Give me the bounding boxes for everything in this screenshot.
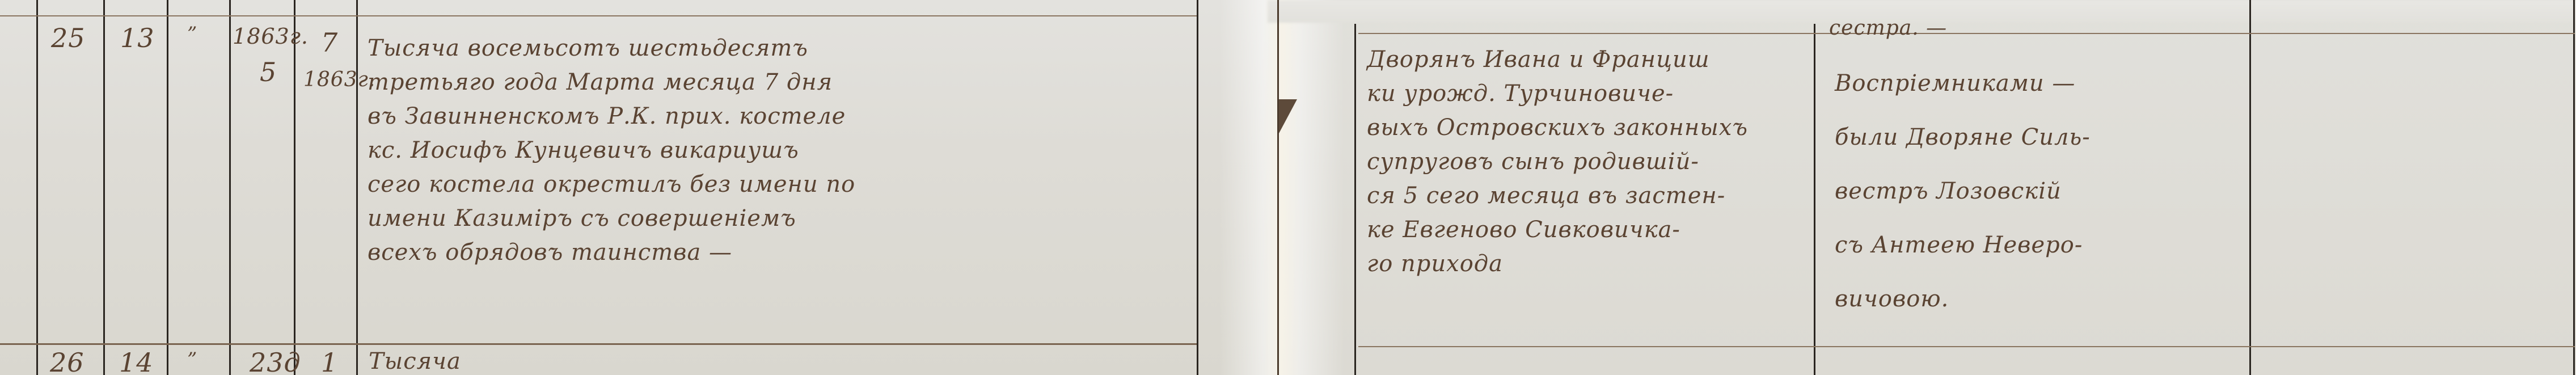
ditto-mark: ” — [187, 23, 197, 45]
record-line: въ Завинненскомъ Р.К. прих. костеле — [368, 99, 855, 133]
godparents-line: Воспріемниками — — [1835, 57, 2091, 111]
column-rule — [1354, 24, 1356, 375]
row-rule-top-right — [1358, 33, 2575, 34]
next-ditto-mark: ” — [187, 348, 197, 371]
parents-line: го прихода — [1367, 247, 1748, 269]
column-rule — [36, 0, 38, 375]
entry-number: 25 — [51, 23, 86, 53]
remarks-column-empty — [2254, 37, 2572, 343]
column-rule — [2249, 0, 2251, 375]
column-rule — [1197, 0, 1198, 375]
parents-line: ся 5 сего месяца въ застен- — [1367, 179, 1748, 213]
next-birth-day: 23д — [250, 347, 301, 375]
parents-column-text: Дворянъ Ивана и Франциш ки урожд. Турчин… — [1367, 43, 1748, 269]
birth-year: 1863г. — [233, 24, 309, 49]
column-rule — [229, 0, 231, 375]
column-rule — [167, 0, 168, 375]
godparents-line: вичовою. — [1835, 272, 2091, 326]
record-line: кс. Иосифъ Кунцевичъ викариушъ — [368, 133, 855, 167]
baptism-year: 1863г. — [303, 68, 375, 91]
record-line: имени Казиміръ съ совершеніемъ — [368, 201, 855, 235]
parents-line: ки урожд. Турчиновиче- — [1367, 77, 1748, 111]
parents-line: ке Евгеново Сивковичка- — [1367, 213, 1748, 247]
column-rule — [2573, 0, 2575, 375]
godparents-line: съ Антеею Неверо- — [1835, 218, 2091, 272]
column-rule — [356, 0, 358, 375]
next-record-start: Тысяча — [369, 348, 461, 374]
entry-number-secondary: 13 — [120, 23, 155, 53]
book-gutter — [1219, 0, 1344, 375]
next-baptism-day: 1 — [321, 347, 338, 375]
column-rule — [1814, 24, 1815, 375]
parents-line: супруговъ сынъ родившій- — [1367, 145, 1748, 179]
record-line: Тысяча восемьсотъ шестьдесятъ — [368, 31, 855, 65]
row-rule-top — [0, 15, 1197, 16]
baptism-record-text: Тысяча восемьсотъ шестьдесятъ третьяго г… — [368, 31, 855, 269]
row-rule-bottom — [0, 343, 1197, 345]
row-rule-bottom-right — [1358, 346, 2575, 347]
godparents-line: были Дворяне Силь- — [1835, 111, 2091, 165]
column-rule — [103, 0, 105, 375]
godparents-line: вестръ Лозовскій — [1835, 165, 2091, 218]
godparents-column-text: Воспріемниками — были Дворяне Силь- вест… — [1835, 57, 2091, 326]
baptism-day: 7 — [321, 27, 338, 58]
birth-day: 5 — [260, 57, 277, 87]
record-line: всехъ обрядовъ таинства — — [368, 235, 855, 269]
parents-line: выхъ Островскихъ законныхъ — [1367, 111, 1748, 145]
page-edge-rule — [1277, 0, 1279, 375]
previous-entry-tail: сестра. — — [1829, 11, 1947, 45]
ink-stain-mark — [1279, 99, 1297, 133]
next-entry-number-secondary: 14 — [119, 347, 154, 375]
record-line: третьяго года Марта месяца 7 дня — [368, 65, 855, 99]
column-rule — [294, 0, 295, 375]
record-line: сего костела окрестилъ без имени по — [368, 167, 855, 201]
parents-line: Дворянъ Ивана и Франциш — [1367, 43, 1748, 77]
next-entry-number: 26 — [50, 347, 85, 375]
